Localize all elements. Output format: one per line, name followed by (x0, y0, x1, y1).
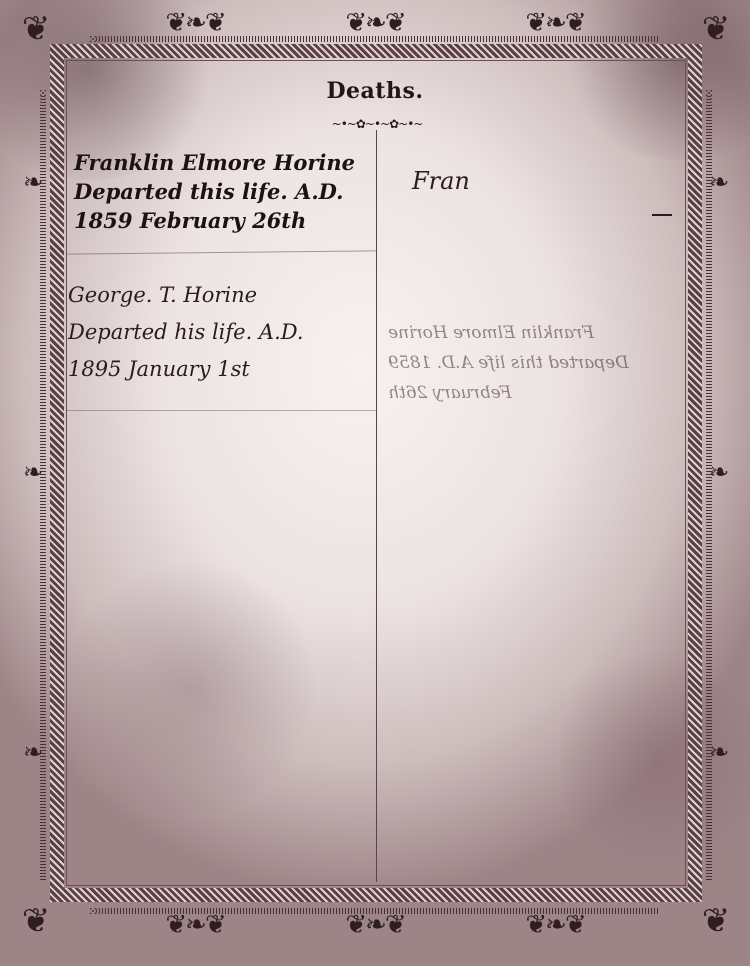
page-title: Deaths. (0, 78, 750, 104)
scroll-ornament-icon: ❦❧❦ (150, 10, 240, 36)
scroll-ornament-icon: ❦❧❦ (150, 912, 240, 938)
entry-text: Departed his life. A.D. (68, 314, 304, 351)
side-scroll-ornament-icon: ❧ (704, 740, 734, 764)
ink-mark (652, 214, 672, 216)
entry-date: 1859 February 26th (74, 206, 355, 235)
entry-name: George. T. Horine (68, 277, 304, 314)
scroll-ornament-icon: ❦❧❦ (510, 912, 600, 938)
title-flourish-icon: ~•~✿~•~✿~•~ (312, 117, 442, 131)
death-entry: Fran (412, 167, 470, 195)
entry-text: Departed this life. A.D. (74, 177, 355, 206)
corner-ornament-icon: ❦ (694, 12, 738, 56)
bleed-through-line: Departed this life A.D. 1859 (388, 348, 629, 378)
bleed-through-line: Franklin Elmore Horine (388, 318, 629, 348)
side-scroll-ornament-icon: ❧ (18, 170, 48, 194)
entry-separator (66, 410, 376, 411)
entry-date: 1895 January 1st (68, 351, 304, 388)
scroll-ornament-icon: ❦❧❦ (510, 10, 600, 36)
corner-ornament-icon: ❦ (694, 904, 738, 948)
corner-ornament-icon: ❦ (14, 904, 58, 948)
side-scroll-ornament-icon: ❧ (18, 460, 48, 484)
side-scroll-ornament-icon: ❧ (704, 460, 734, 484)
side-scroll-ornament-icon: ❧ (704, 170, 734, 194)
column-divider (376, 130, 377, 882)
death-entry: Franklin Elmore Horine Departed this lif… (74, 148, 355, 235)
bleed-through-line: February 26th (388, 378, 629, 408)
corner-ornament-icon: ❦ (14, 12, 58, 56)
scroll-ornament-icon: ❦❧❦ (330, 10, 420, 36)
death-entry: George. T. Horine Departed his life. A.D… (68, 277, 304, 388)
bleed-through-text: Franklin Elmore Horine Departed this lif… (388, 318, 629, 408)
entry-name: Franklin Elmore Horine (74, 148, 355, 177)
side-scroll-ornament-icon: ❧ (18, 740, 48, 764)
register-page: ❦ ❦ ❦ ❦ ❦❧❦ ❦❧❦ ❦❧❦ ❦❧❦ ❦❧❦ ❦❧❦ ❧ ❧ ❧ ❧ … (0, 0, 750, 966)
entry-name: Fran (412, 167, 470, 195)
scroll-ornament-icon: ❦❧❦ (330, 912, 420, 938)
